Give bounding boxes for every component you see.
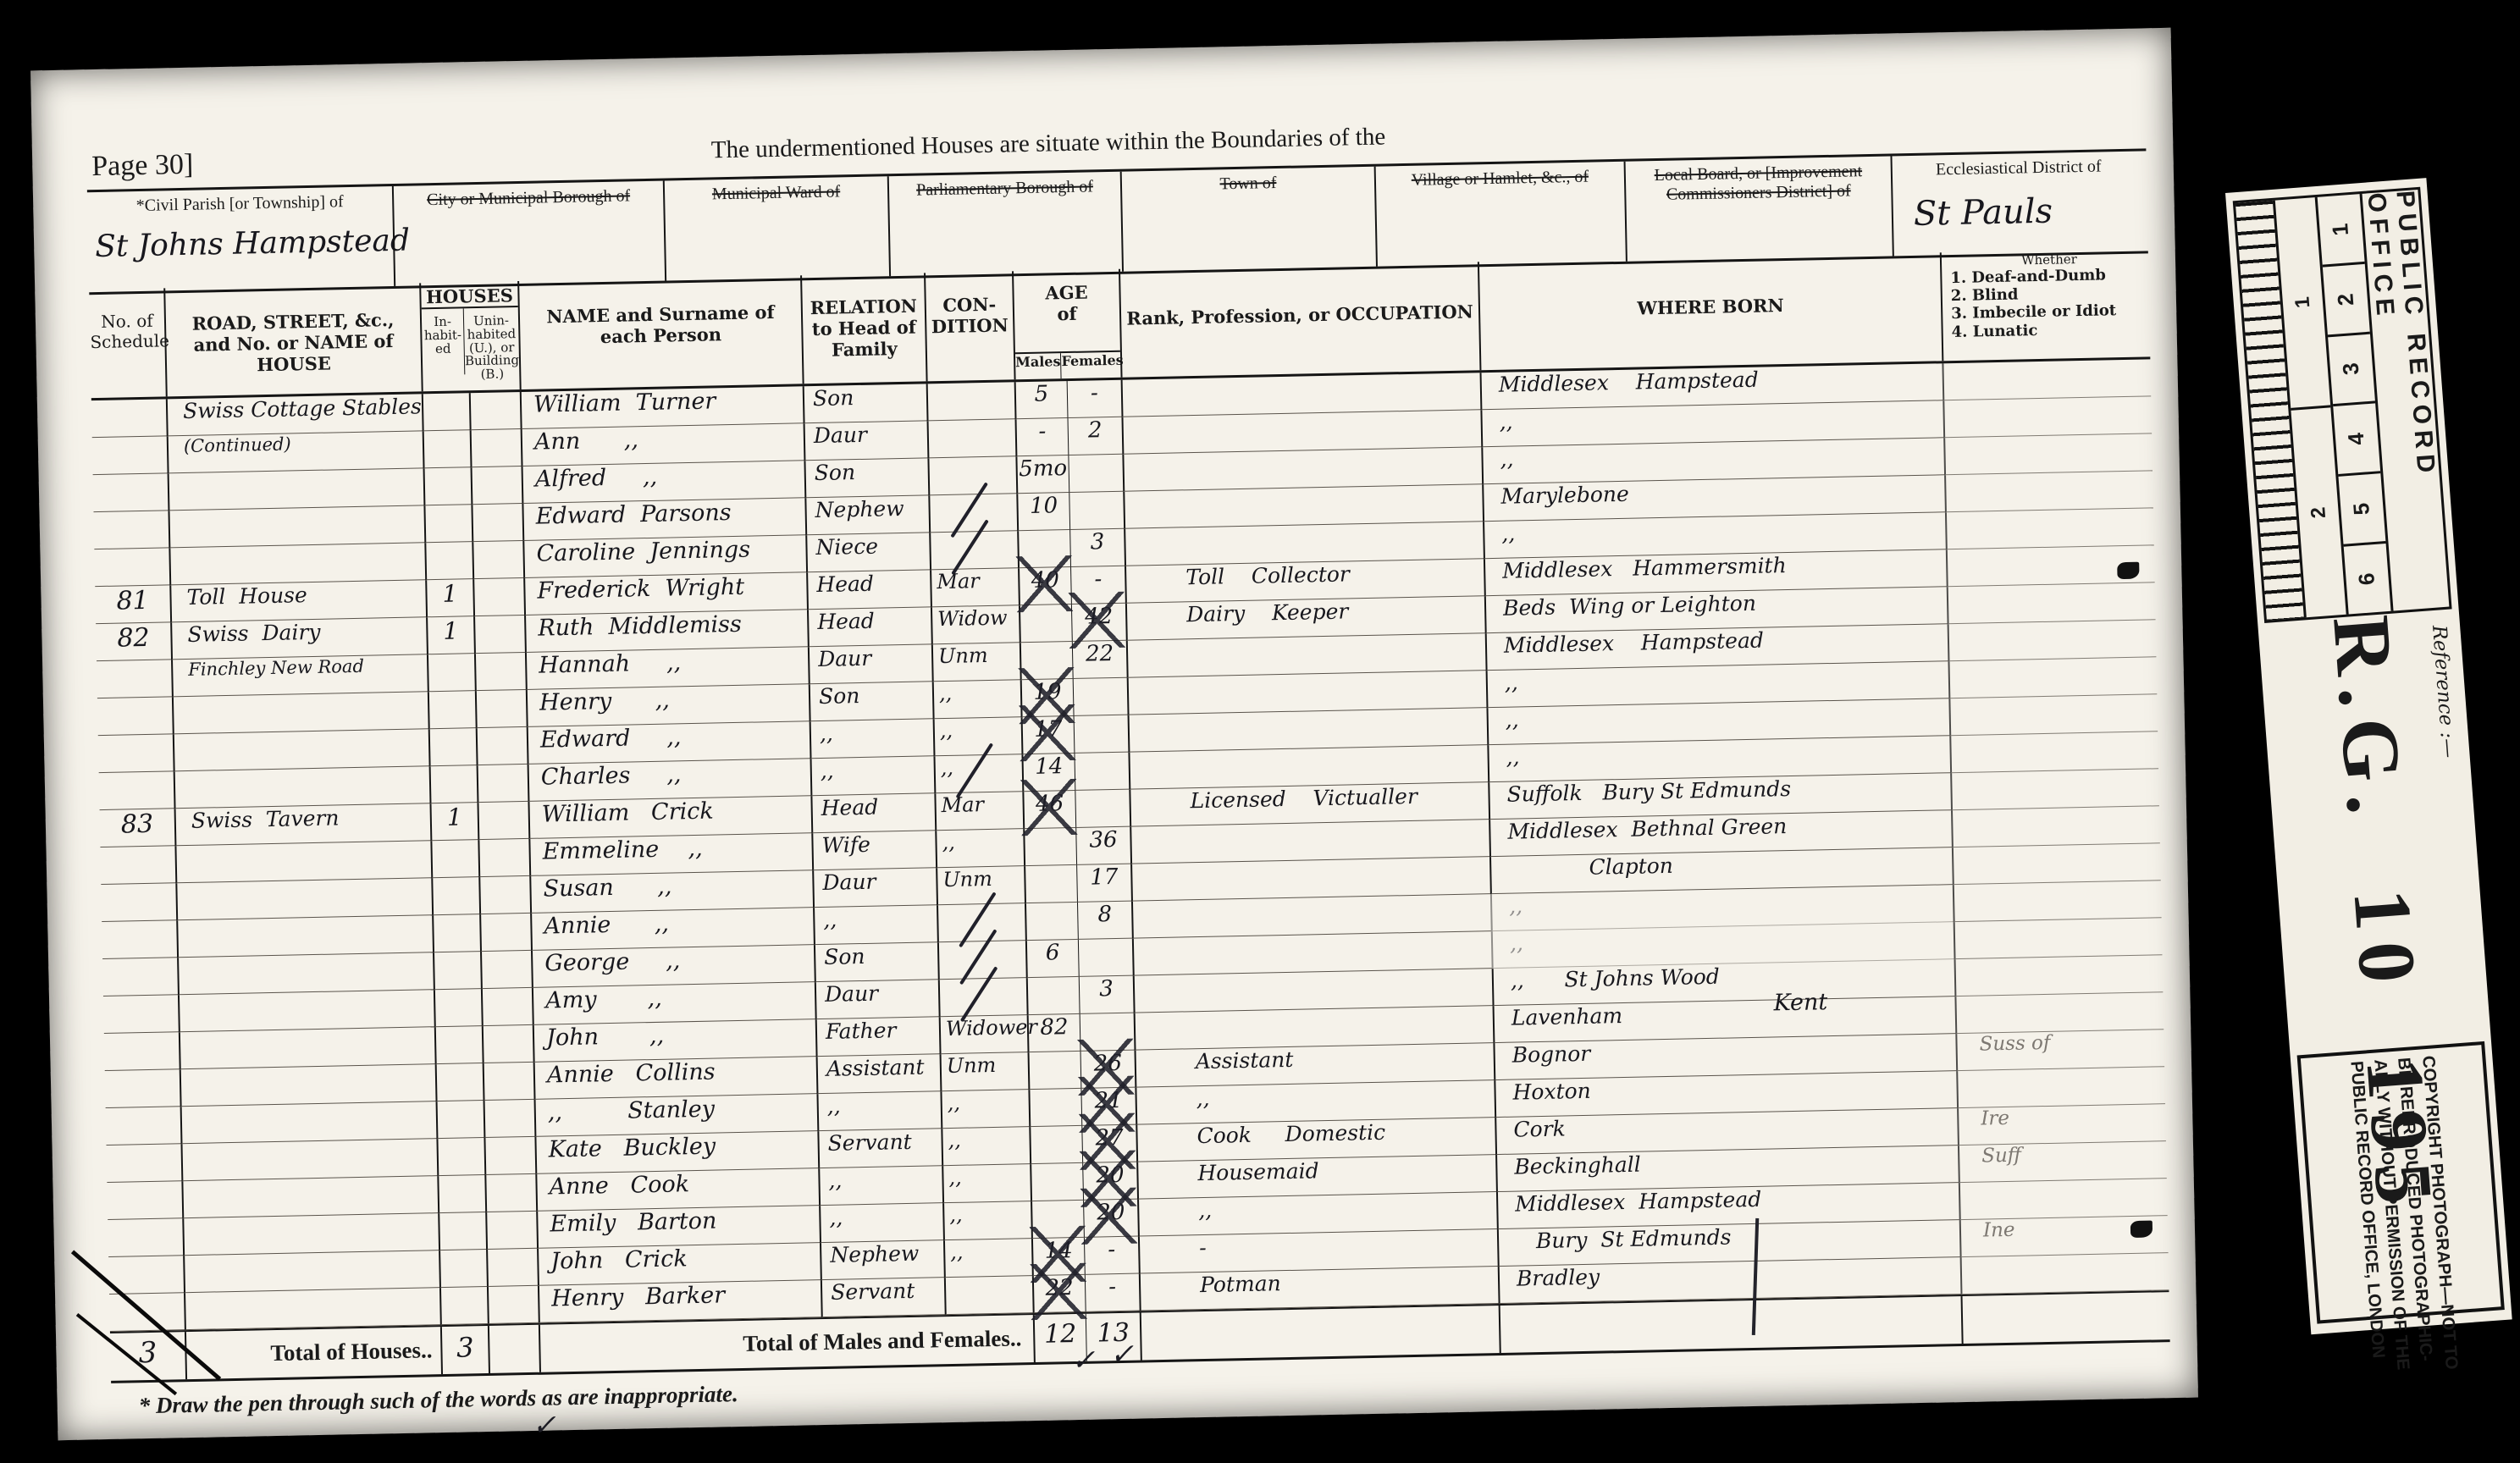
cell-condition: Mar: [934, 792, 1023, 831]
cell-relation: Head: [806, 570, 931, 610]
cell-road: [180, 1139, 437, 1181]
cell-age-male-value: 82: [1040, 1014, 1069, 1041]
females-header: Females: [1060, 352, 1124, 378]
cell-condition: [937, 941, 1026, 980]
cell-infirmity: [1960, 1253, 2169, 1295]
cell-schedule: [100, 846, 175, 885]
cell-age-male-value: -: [1038, 419, 1046, 444]
ruler-cm-number: 2: [2333, 292, 2360, 306]
cell-inhabited: [429, 765, 478, 803]
civil-parish-label: *Civil Parish [or Township] of: [87, 191, 392, 217]
cell-relation: Assistant: [816, 1054, 941, 1094]
cell-road: [174, 766, 430, 809]
cell-age-female-value: -: [1108, 1237, 1115, 1262]
cell-infirmity: Ire: [1957, 1104, 2166, 1146]
cell-name-value: Henry Barker: [551, 1282, 726, 1311]
cell-age-female-value: 22: [1086, 641, 1114, 667]
ruler-cm-cell: 1: [2317, 194, 2364, 264]
cell-born-value: ,,: [1500, 446, 1513, 471]
cell-condition: Widower: [939, 1015, 1028, 1054]
cell-name-value: Ruth Middlemiss: [538, 611, 742, 642]
cell-schedule: [102, 920, 177, 959]
cell-born-value: ,,: [1506, 744, 1519, 769]
cell-born-value: ,,: [1510, 930, 1523, 955]
cell-uninhabited: [471, 504, 522, 542]
cell-uninhabited: [469, 392, 521, 430]
cell-inhabited-value: 1: [443, 617, 458, 645]
cell-relation-value: Assistant: [826, 1055, 925, 1081]
cell-name: Kate Buckley: [534, 1131, 818, 1174]
cell-age-female-value: 17: [1090, 864, 1119, 891]
cell-relation: Son: [809, 682, 933, 721]
cell-born-value: Beds Wing or Leighton: [1503, 591, 1756, 621]
cell-infirmity: [1948, 620, 2157, 661]
cell-road: Finchley New Road: [171, 654, 428, 697]
born-header: WHERE BORN: [1479, 252, 1941, 322]
cell-age-female-value: 20: [1097, 1200, 1125, 1226]
cell-uninhabited: [479, 914, 531, 952]
cell-condition-value: Unm: [942, 867, 992, 892]
cell-inhabited: [423, 467, 472, 505]
cell-condition: Mar: [930, 568, 1019, 607]
cell-age-male-value: 40: [1031, 567, 1059, 593]
cell-inhabited: [423, 430, 471, 468]
cell-inhabited: [436, 1101, 484, 1139]
cell-condition: ,,: [933, 717, 1022, 756]
cell-age-female: 20: [1083, 1200, 1138, 1238]
cell-name-value: John Crick: [550, 1245, 688, 1274]
cell-road: [180, 1101, 437, 1144]
cell-uninhabited: [474, 653, 526, 691]
cell-born-value: ,,: [1505, 670, 1518, 694]
cell-born-value: Middlesex Hampstead: [1515, 1187, 1762, 1217]
cell-road: [168, 505, 424, 548]
cell-infirmity: [1945, 508, 2154, 549]
cell-inhabited-value: 1: [442, 580, 457, 608]
cell-age-male-value: 14: [1044, 1238, 1073, 1264]
cell-infirmity: Suff: [1958, 1141, 2167, 1183]
cell-name: Alfred ,,: [522, 461, 805, 504]
cell-name: Henry Barker: [538, 1280, 821, 1323]
cell-condition-value: Mar: [937, 569, 980, 593]
cell-relation-value: ,,: [829, 1206, 843, 1230]
cell-age-male: 40: [1018, 567, 1071, 605]
cell-age-male: [1031, 1201, 1084, 1239]
cell-relation: Wife: [811, 831, 936, 870]
cell-age-female-value: 2: [1088, 417, 1102, 443]
cell-schedule: [93, 473, 169, 512]
cell-uninhabited: [471, 467, 522, 505]
cell-inhabited-value: 1: [447, 803, 462, 831]
cell-age-female: 2: [1068, 417, 1123, 455]
cell-relation: Daur: [804, 421, 928, 461]
cell-inhabited: 1: [429, 803, 478, 841]
cell-age-female-value: -: [1091, 380, 1098, 406]
cell-condition: ,,: [940, 1090, 1029, 1129]
cell-name: Edward ,,: [527, 721, 810, 765]
cell-occupation-value: Dairy Keeper: [1186, 599, 1349, 627]
cell-infirmity: [1952, 843, 2161, 885]
census-table: No. of Schedule ROAD, STREET, &c., and N…: [89, 248, 2169, 1383]
cell-name-value: Kate Buckley: [548, 1134, 716, 1163]
ruler-cm-cell: 3: [2328, 331, 2375, 404]
cell-relation-value: ,,: [823, 908, 837, 932]
cell-schedule: [91, 399, 167, 438]
occupation-header: Rank, Profession, or OCCUPATION: [1120, 262, 1478, 329]
cell-condition: [938, 978, 1027, 1017]
cell-road-value: Finchley New Road: [188, 656, 364, 680]
totals-uninhabited-empty: [488, 1325, 539, 1373]
cell-name-value: Amy ,,: [545, 985, 662, 1014]
cell-name: Anne Cook: [535, 1168, 819, 1212]
cell-infirmity: [1942, 359, 2151, 400]
cell-name: Frederick Wright: [523, 572, 807, 616]
cell-condition-value: ,,: [948, 1129, 961, 1152]
cell-uninhabited: [472, 541, 523, 579]
cell-schedule: [103, 995, 179, 1034]
cell-relation: Daur: [812, 868, 937, 908]
cell-name: Annie ,,: [530, 908, 814, 951]
ecclesiastical-district-label: Ecclesiastical District of: [1893, 156, 2145, 180]
cell-schedule: [106, 1107, 181, 1146]
cell-inhabited: [435, 1063, 484, 1101]
cell-age-male: [1023, 828, 1076, 866]
cell-condition: [944, 1276, 1033, 1315]
cell-age-male-value: 10: [1030, 493, 1058, 519]
cell-occupation-value: ,,: [1198, 1198, 1212, 1223]
ruler-cm-cell: 6: [2343, 541, 2390, 614]
cell-uninhabited: [485, 1212, 537, 1250]
public-record-office-card: PUBLIC RECORD OFFICE 123456 12 Reference…: [2225, 178, 2512, 1334]
cell-condition-value: ,,: [942, 831, 955, 854]
total-of-houses-label: Total of Houses..: [185, 1327, 441, 1379]
cell-road: [184, 1288, 440, 1330]
cell-age-female: -: [1070, 566, 1125, 605]
cell-uninhabited: [484, 1174, 536, 1212]
cell-age-male: 17: [1021, 716, 1075, 754]
cell-relation: Niece: [805, 533, 930, 572]
cell-condition-value: ,,: [950, 1240, 964, 1264]
cell-name-value: George ,,: [544, 947, 681, 976]
totals-infirmity-empty: [1961, 1292, 2170, 1344]
cell-age-male: 6: [1025, 940, 1079, 978]
cell-road: [176, 915, 433, 958]
cell-inhabited: [439, 1250, 487, 1288]
cell-inhabited: [434, 1026, 483, 1064]
cell-uninhabited: [475, 690, 527, 728]
condition-header-line1: CON-: [942, 294, 996, 316]
cell-condition-value: ,,: [940, 756, 953, 780]
cell-born-value: Middlesex Hampstead: [1504, 628, 1764, 658]
cell-infirmity: [1948, 694, 2158, 736]
parliamentary-borough-label: Parliamentary Borough of: [889, 177, 1120, 201]
cell-infirmity: [1953, 881, 2162, 922]
cell-age-female-value: 8: [1097, 902, 1112, 927]
cell-road: [179, 1027, 435, 1069]
cell-born-value: Middlesex Hampstead: [1499, 367, 1759, 397]
cell-condition: ,,: [943, 1239, 1032, 1278]
cell-born-value: ,,: [1501, 521, 1515, 545]
males-header: Males: [1015, 353, 1061, 379]
cell-age-male: [1019, 605, 1072, 643]
cell-born-value: ,, St Johns Wood: [1511, 964, 1720, 993]
cell-schedule: 82: [96, 622, 171, 661]
cell-inhabited: [423, 505, 472, 543]
infirm-item-4: 4. Lunatic: [1951, 319, 2149, 341]
cell-age-female: 17: [1076, 864, 1131, 903]
cell-age-female: 42: [1071, 604, 1126, 642]
pro-card-inner: PUBLIC RECORD OFFICE 123456 12 Reference…: [2225, 178, 2512, 1334]
cell-occupation-value: Cook Domestic: [1196, 1120, 1385, 1148]
cell-age-female: 26: [1080, 1051, 1136, 1089]
cell-schedule-value: 83: [120, 809, 153, 840]
totals-born-empty: [1499, 1296, 1962, 1353]
cell-age-female-value: 3: [1090, 529, 1104, 555]
cell-condition: [926, 382, 1015, 421]
cell-road-value: Swiss Cottage Stables: [183, 394, 422, 423]
cell-uninhabited: [477, 802, 528, 840]
reference-label: Reference :—: [2428, 625, 2460, 759]
cell-condition: [927, 419, 1016, 458]
cell-road-value: Swiss Tavern: [191, 805, 340, 833]
cell-age-male: [1024, 865, 1077, 903]
cell-relation-value: Son: [824, 944, 865, 969]
cell-age-male: -: [1015, 418, 1069, 456]
cell-name-value: Emmeline ,,: [542, 836, 703, 865]
ruler-inch-number: 2: [2307, 505, 2331, 518]
cell-age-female-value: 36: [1089, 827, 1118, 853]
cell-uninhabited: [476, 727, 528, 765]
cell-schedule-value: 82: [117, 623, 150, 654]
cell-road: Swiss Cottage Stables: [166, 394, 423, 436]
cell-age-male: [1028, 1052, 1081, 1090]
pen-checkmark-3: ✓: [1109, 1338, 1134, 1372]
cell-age-female: [1074, 715, 1129, 754]
cell-relation-value: Nephew: [830, 1241, 920, 1267]
cell-condition-value: Unm: [947, 1053, 997, 1078]
cell-age-female: [1074, 753, 1129, 791]
cell-relation-value: Father: [826, 1018, 897, 1044]
cell-age-female-value: 21: [1094, 1088, 1123, 1114]
col-occupation: Rank, Profession, or OCCUPATION: [1119, 262, 1479, 377]
footnote: * Draw the pen through such of the words…: [138, 1381, 738, 1419]
ruler-cm-number: 3: [2338, 362, 2365, 377]
cell-uninhabited: [484, 1137, 535, 1175]
cell-uninhabited: [486, 1249, 538, 1287]
relation-header: RELATION to Head of Family: [802, 273, 926, 361]
village-hamlet-label: Village or Hamlet, &c., of: [1376, 167, 1624, 191]
reference-number: R.G. 10 195: [2314, 612, 2440, 1052]
table-body: Swiss Cottage StablesWilliam TurnerSon5-…: [91, 359, 2169, 1332]
cell-born-value: Bradley: [1517, 1265, 1600, 1291]
cell-schedule: [97, 660, 172, 698]
cell-name: Emmeline ,,: [528, 833, 812, 876]
ruler-cm-number: 6: [2354, 571, 2381, 586]
cell-condition: Unm: [931, 643, 1020, 682]
cell-age-male-value: 5: [1034, 381, 1048, 406]
town-label: Town of: [1122, 172, 1374, 196]
cell-infirmity: [1942, 396, 2152, 438]
cell-road: [180, 1064, 436, 1107]
cell-road: Swiss Dairy: [170, 617, 427, 660]
cell-age-male-value: 19: [1033, 679, 1062, 705]
cell-inhabited: [422, 393, 470, 431]
cell-uninhabited: [480, 951, 532, 989]
cell-road: [181, 1176, 438, 1218]
cell-relation: ,,: [813, 905, 937, 945]
cell-inhabited: [427, 654, 475, 692]
cell-name: Hannah ,,: [525, 647, 809, 690]
cell-age-male: 5mo: [1015, 455, 1069, 494]
cell-name-value: Anne Cook: [549, 1171, 689, 1200]
ruler-cm-number: 5: [2348, 502, 2375, 516]
cell-age-female: -: [1085, 1274, 1140, 1312]
cell-name-value: John ,,: [546, 1023, 665, 1052]
cell-relation-value: ,,: [828, 1168, 842, 1193]
cell-schedule: [108, 1256, 184, 1295]
cell-relation-value: Head: [821, 795, 878, 820]
col-schedule: No. of Schedule: [89, 288, 166, 398]
cell-infirmity: [1959, 1179, 2168, 1220]
cell-uninhabited: [477, 765, 528, 803]
name-header: NAME and Surname of each Person: [519, 275, 802, 349]
cell-infirmity: [1949, 731, 2158, 773]
cell-inhabited: [431, 877, 479, 915]
cell-age-male: [1020, 642, 1073, 680]
cell-schedule: [102, 958, 178, 996]
cell-condition: Unm: [940, 1052, 1029, 1091]
cell-relation: Head: [810, 793, 935, 833]
col-infirmity: Whether 1. Deaf-and-Dumb 2. Blind 3. Imb…: [1940, 248, 2151, 361]
cell-schedule: [99, 771, 174, 810]
cell-condition-value: Widower: [946, 1015, 1037, 1041]
cell-uninhabited: [472, 578, 524, 616]
cell-condition: ,,: [942, 1164, 1031, 1203]
cell-age-male: 22: [1032, 1275, 1086, 1313]
cell-occupation-value: ,,: [1196, 1086, 1209, 1111]
ruler-inch-number: 1: [2291, 296, 2315, 309]
cell-uninhabited: [470, 429, 522, 467]
schedule-header-line1: No. of: [101, 311, 153, 332]
cell-name: George ,,: [531, 945, 815, 988]
cell-age-male-value: 17: [1034, 716, 1063, 743]
cell-name: Emily Barton: [536, 1206, 820, 1249]
cell-relation-value: Wife: [821, 832, 870, 858]
cell-schedule: 81: [95, 585, 170, 624]
cell-age-male: 46: [1022, 791, 1075, 829]
cell-born-value: Suffolk Bury St Edmunds: [1506, 776, 1791, 807]
cell-road-value: Swiss Dairy: [187, 620, 321, 647]
cell-age-male: 19: [1020, 679, 1074, 717]
cell-name: Ann ,,: [521, 423, 804, 467]
cell-relation-value: Daur: [818, 646, 872, 671]
cell-name: William Crick: [528, 796, 811, 839]
cell-uninhabited: [483, 1063, 534, 1101]
cell-name: Amy ,,: [532, 982, 815, 1025]
cell-age-female: 27: [1081, 1125, 1136, 1163]
total-of-houses-value: 3: [440, 1326, 489, 1374]
cell-relation: ,,: [818, 1166, 942, 1206]
cell-uninhabited: [473, 616, 525, 654]
cell-relation-value: Servant: [827, 1129, 912, 1156]
cell-age-male: 82: [1027, 1014, 1080, 1052]
cell-age-female: 8: [1077, 902, 1132, 940]
box-village-hamlet: Village or Hamlet, &c., of: [1374, 162, 1626, 267]
cell-name-value: ,, Stanley: [548, 1096, 716, 1126]
cell-uninhabited: [482, 1025, 533, 1063]
cell-relation: Servant: [821, 1278, 945, 1317]
cell-relation-value: Son: [814, 460, 855, 485]
cell-condition: [928, 494, 1017, 533]
cell-age-male: [1030, 1163, 1083, 1201]
cell-road: [178, 990, 434, 1032]
schedule-header-line2: Schedule: [90, 330, 169, 352]
cell-occupation: Potman: [1139, 1267, 1499, 1311]
cell-condition: [937, 903, 1025, 942]
cell-relation: Nephew: [804, 495, 929, 535]
cell-infirmity: [1956, 1067, 2165, 1108]
cell-occupation-value: -: [1199, 1235, 1207, 1260]
cell-infirmity: [1951, 806, 2160, 847]
cell-name: William Turner: [520, 386, 804, 429]
cell-name-value: Henry ,,: [539, 687, 670, 716]
cell-born-value: ,,: [1509, 893, 1522, 918]
cell-infirmity-value: Ire: [1981, 1107, 2009, 1130]
cell-born-value: Clapton: [1508, 853, 1673, 881]
cell-born-value: Middlesex Hammersmith: [1502, 553, 1787, 583]
cell-schedule: [94, 548, 169, 587]
ecclesiastical-district-value: St Pauls: [1913, 192, 2053, 234]
cell-relation: Son: [803, 384, 927, 423]
cell-condition-value: ,,: [940, 719, 953, 743]
cell-infirmity: [1948, 657, 2157, 698]
ruler-cm-cell: 4: [2333, 401, 2380, 474]
cell-schedule: [108, 1218, 183, 1257]
cell-condition-value: Unm: [938, 643, 988, 668]
cell-born-value: Marylebone: [1500, 482, 1629, 509]
cell-name: John Crick: [537, 1243, 821, 1286]
cell-age-male-value: 6: [1046, 940, 1060, 965]
age-header-line1: AGE: [1045, 282, 1088, 304]
cell-relation-value: Niece: [815, 534, 878, 560]
cell-occupation-value: Licensed Victualler: [1190, 784, 1417, 813]
cell-inhabited: [430, 840, 478, 878]
cell-age-male: [1029, 1126, 1082, 1164]
col-name: NAME and Surname of each Person: [517, 275, 803, 389]
cell-name-value: William Turner: [533, 388, 716, 417]
cell-born-value: ,,: [1499, 409, 1512, 433]
cell-name-value: Edward ,,: [540, 724, 682, 753]
cell-age-female-value: -: [1094, 566, 1102, 592]
cell-age-male: [1025, 903, 1078, 941]
houses-header: HOUSES: [421, 281, 518, 307]
cell-inhabited: [436, 1138, 484, 1176]
cell-schedule: [101, 883, 176, 922]
cell-relation-value: Daur: [825, 981, 879, 1007]
cell-condition-value: Widow: [937, 606, 1008, 632]
cell-infirmity-value: Suff: [1981, 1145, 2021, 1168]
cell-road: [172, 692, 428, 734]
cell-name-value: Emily Barton: [550, 1208, 717, 1238]
cell-uninhabited: [487, 1286, 539, 1324]
cell-uninhabited: [481, 988, 533, 1026]
cell-age-female-value: 42: [1085, 604, 1114, 630]
cell-age-male-value: 5mo: [1019, 455, 1067, 482]
cell-name-value: William Crick: [541, 798, 714, 828]
cell-schedule-value: 81: [116, 586, 149, 616]
cell-name-value: Ann ,,: [534, 427, 639, 455]
cell-relation: Daur: [808, 644, 932, 684]
